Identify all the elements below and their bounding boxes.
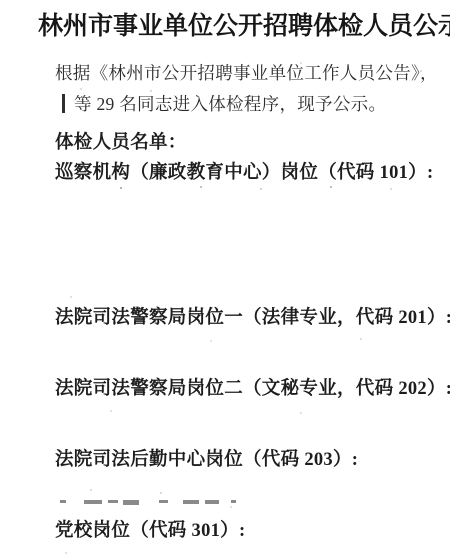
position-heading-code-101: 巡察机构（廉政教育中心）岗位（代码 101）:: [55, 160, 433, 186]
redaction-smudge: [231, 500, 236, 503]
intro-paragraph-line-1: 根据《林州市公开招聘事业单位工作人员公告》，: [55, 60, 438, 86]
redaction-smudge: [60, 500, 66, 503]
position-heading-code-201: 法院司法警察局岗位一（法律专业，代码 201）:: [55, 305, 450, 331]
position-heading-code-203: 法院司法后勤中心岗位（代码 203）:: [55, 447, 358, 473]
redaction-smudge: [159, 500, 168, 503]
intro-line-2-text: 等 29 名同志进入体检程序，现予公示。: [74, 94, 386, 114]
position-heading-code-202: 法院司法警察局岗位二（文秘专业，代码 202）:: [55, 376, 450, 402]
scan-noise-speckles: [0, 0, 2, 2]
redaction-smudge: [123, 500, 139, 505]
redaction-smudge: [205, 500, 219, 504]
redacted-names-remnant: [60, 500, 236, 506]
examinee-list-heading: 体检人员名单：: [55, 130, 187, 156]
document-title: 林州市事业单位公开招聘体检人员公示: [38, 9, 450, 43]
erased-character-remnant: [62, 94, 65, 113]
intro-paragraph-line-2: 等 29 名同志进入体检程序，现予公示。: [62, 91, 386, 117]
redaction-smudge: [183, 500, 199, 504]
scanned-notice-document: 林州市事业单位公开招聘体检人员公示 根据《林州市公开招聘事业单位工作人员公告》，…: [0, 0, 450, 559]
redaction-smudge: [84, 500, 102, 504]
position-heading-code-301: 党校岗位（代码 301）:: [55, 518, 245, 544]
redaction-smudge: [108, 500, 118, 503]
